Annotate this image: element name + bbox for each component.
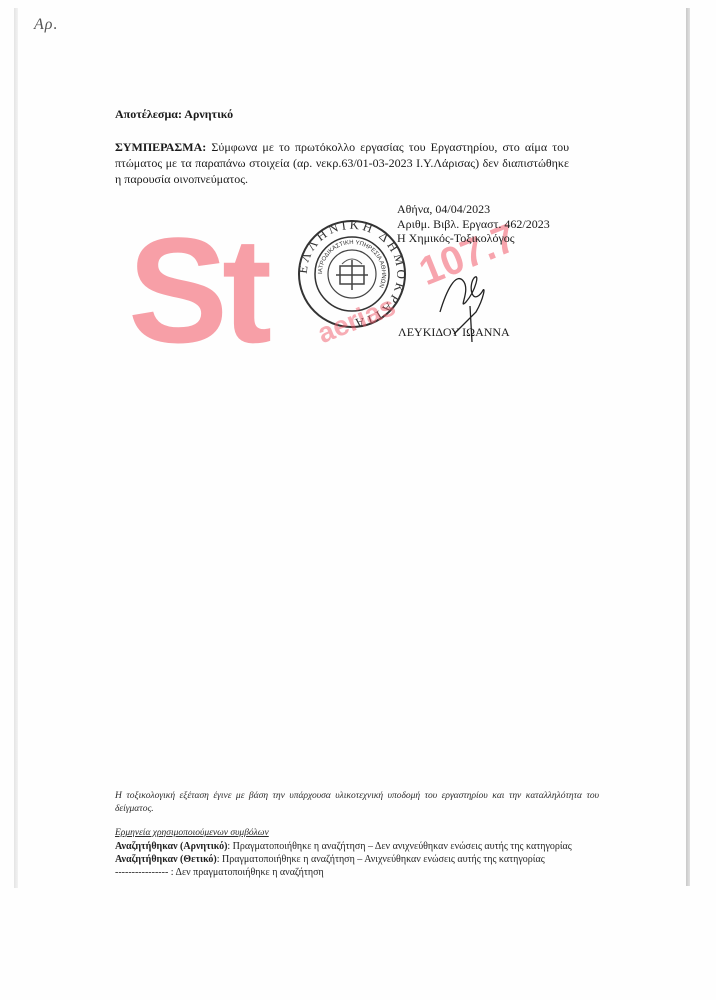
place-date: Αθήνα, 04/04/2023 (397, 202, 550, 217)
symbols-legend: Αναζητήθηκαν (Αρνητικό): Πραγματοποιήθηκ… (115, 840, 601, 879)
result-label: Αποτέλεσμα: Αρνητικό (115, 107, 233, 122)
legend-item: Αναζητήθηκαν (Αρνητικό): Πραγματοποιήθηκ… (115, 840, 601, 853)
legend-item: Αναζητήθηκαν (Θετικό): Πραγματοποιήθηκε … (115, 853, 601, 866)
legend-title: Ερμηνεία χρησιμοποιούμενων συμβόλων (115, 828, 269, 838)
signature-block: Αθήνα, 04/04/2023 Αριθμ. Βιβλ. Εργαστ. 4… (397, 202, 550, 246)
corner-handwritten-mark: Αρ. (34, 16, 58, 34)
legend-item: ---------------- : Δεν πραγματοποιήθηκε … (115, 866, 601, 879)
page-left-edge (14, 8, 18, 888)
page-right-edge (686, 8, 690, 886)
signer-name: ΛΕΥΚΙΔΟΥ ΙΩΑΝΝΑ (398, 325, 510, 340)
signer-role: Η Χημικός-Τοξικολόγος (397, 231, 550, 246)
watermark-logo: St (128, 215, 266, 365)
registry-number: Αριθμ. Βιβλ. Εργαστ. 462/2023 (397, 217, 550, 232)
toxicology-footnote: Η τοξικολογική εξέταση έγινε με βάση την… (115, 790, 599, 816)
conclusion-heading: ΣΥΜΠΕΡΑΣΜΑ: (115, 140, 206, 154)
conclusion-paragraph: ΣΥΜΠΕΡΑΣΜΑ: Σύμφωνα με το πρωτόκολλο εργ… (115, 139, 569, 187)
scanned-document-page: Αρ. Αποτέλεσμα: Αρνητικό ΣΥΜΠΕΡΑΣΜΑ: Σύμ… (0, 0, 716, 1000)
